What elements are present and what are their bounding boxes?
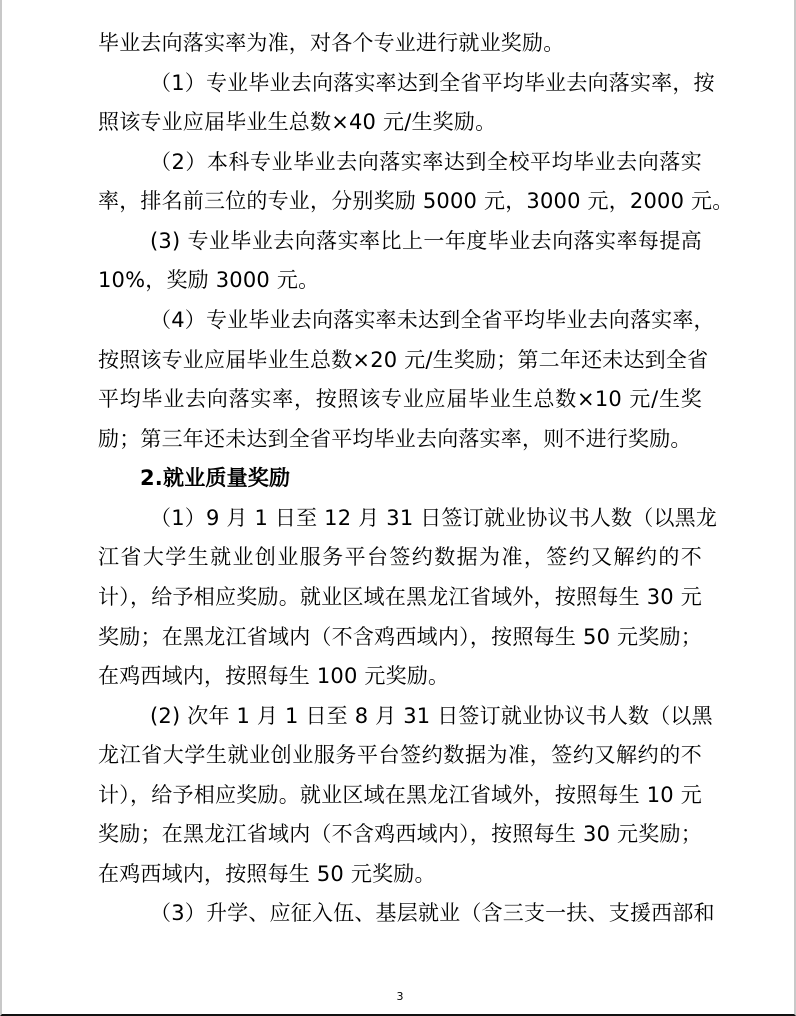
text-line: （1）9 月 1 日至 12 月 31 日签订就业协议书人数（以黑龙 bbox=[150, 503, 702, 533]
text-line: 励；第三年还未达到全省平均毕业去向落实率，则不进行奖励。 bbox=[98, 424, 702, 454]
text-line: 平均毕业去向落实率，按照该专业应届毕业生总数×10 元/生奖 bbox=[98, 384, 702, 414]
text-line: （4）专业毕业去向落实率未达到全省平均毕业去向落实率， bbox=[150, 305, 702, 335]
text-line: 毕业去向落实率为准，对各个专业进行就业奖励。 bbox=[98, 28, 702, 58]
text-line: 在鸡西域内，按照每生 100 元奖励。 bbox=[98, 661, 702, 691]
page-number: 3 bbox=[2, 990, 796, 1003]
text-line: (3) 专业毕业去向落实率比上一年度毕业去向落实率每提高 bbox=[150, 226, 702, 256]
section-heading: 2.就业质量奖励 bbox=[140, 463, 744, 493]
text-line: (2) 次年 1 月 1 日至 8 月 31 日签订就业协议书人数（以黑 bbox=[150, 701, 702, 731]
document-page: 毕业去向落实率为准，对各个专业进行就业奖励。 （1）专业毕业去向落实率达到全省平… bbox=[0, 0, 796, 1016]
text-line: 在鸡西域内，按照每生 50 元奖励。 bbox=[98, 859, 702, 889]
text-line: 江省大学生就业创业服务平台签约数据为准，签约又解约的不 bbox=[98, 542, 702, 572]
text-line: （2）本科专业毕业去向落实率达到全校平均毕业去向落实 bbox=[150, 147, 702, 177]
text-line: 率，排名前三位的专业，分别奖励 5000 元，3000 元，2000 元。 bbox=[98, 186, 702, 216]
text-line: 10%，奖励 3000 元。 bbox=[98, 265, 702, 295]
text-line: 按照该专业应届毕业生总数×20 元/生奖励；第二年还未达到全省 bbox=[98, 345, 702, 375]
text-line: 照该专业应届毕业生总数×40 元/生奖励。 bbox=[98, 107, 702, 137]
text-line: （1）专业毕业去向落实率达到全省平均毕业去向落实率，按 bbox=[150, 68, 702, 98]
text-line: 计），给予相应奖励。就业区域在黑龙江省域外，按照每生 30 元 bbox=[98, 582, 702, 612]
text-line: 龙江省大学生就业创业服务平台签约数据为准，签约又解约的不 bbox=[98, 740, 702, 770]
text-line: 奖励；在黑龙江省域内（不含鸡西域内），按照每生 30 元奖励； bbox=[98, 819, 702, 849]
text-line: （3）升学、应征入伍、基层就业（含三支一扶、支援西部和 bbox=[150, 898, 702, 928]
text-line: 奖励；在黑龙江省域内（不含鸡西域内），按照每生 50 元奖励； bbox=[98, 622, 702, 652]
text-line: 计），给予相应奖励。就业区域在黑龙江省域外，按照每生 10 元 bbox=[98, 780, 702, 810]
